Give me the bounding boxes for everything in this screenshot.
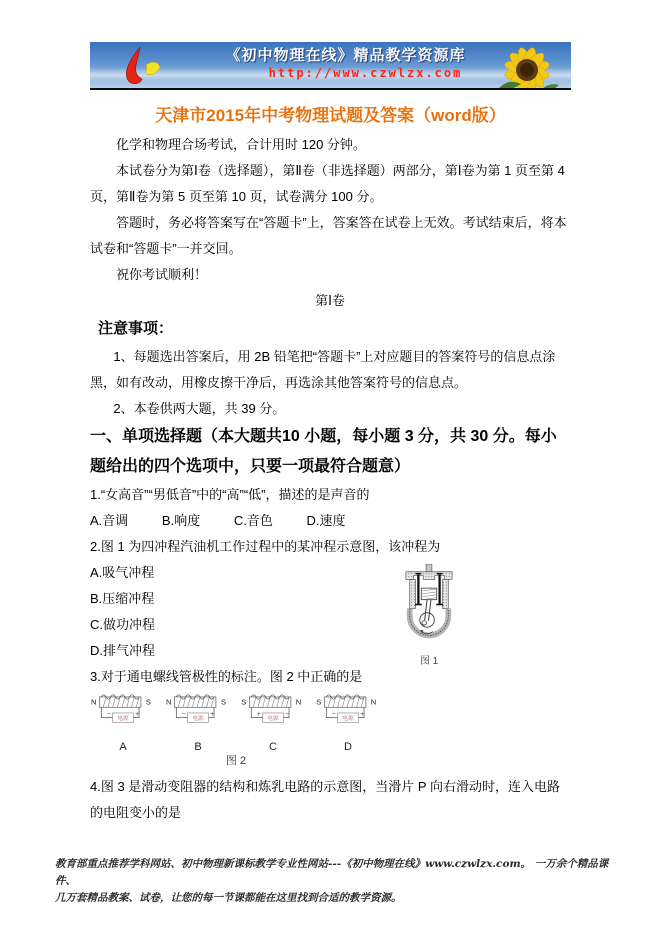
solenoid-option-d: S N 电源 − + D	[315, 692, 381, 754]
question-2-options-block: A.吸气冲程 B.压缩冲程 C.做功冲程 D.排气冲程	[90, 560, 570, 664]
question-3-stem: 3.对于通电螺线管极性的标注。图 2 中正确的是	[90, 664, 570, 690]
svg-text:N: N	[166, 697, 171, 706]
question-2-stem: 2.图 1 为四冲程汽油机工作过程中的某冲程示意图，该冲程为	[90, 534, 570, 560]
q1-option-d: D.速度	[306, 513, 345, 528]
solenoid-d-image: S N 电源 − +	[315, 692, 381, 732]
q2-option-d: D.排气冲程	[90, 638, 570, 664]
banner-site-title: 《初中物理在线》精品教学资源库	[210, 44, 481, 65]
figure-2-caption: 图 2	[90, 754, 382, 768]
q1-option-b: B.响度	[162, 513, 200, 528]
page-title: 天津市2015年中考物理试题及答案（word版）	[0, 101, 661, 126]
question-1-options: A.音调 B.响度 C.音色 D.速度	[90, 508, 570, 534]
engine-figure-image	[402, 564, 456, 646]
svg-text:电源: 电源	[117, 714, 129, 722]
solenoid-a-image: N S 电源 − +	[90, 692, 156, 732]
svg-text:+: +	[135, 711, 139, 718]
svg-text:S: S	[316, 697, 321, 706]
intro-paragraph-2: 本试卷分为第Ⅰ卷（选择题），第Ⅱ卷（非选择题）两部分，第Ⅰ卷为第 1 页至第 4…	[90, 158, 570, 210]
svg-text:−: −	[285, 711, 289, 718]
figure-1-engine-diagram: 图 1	[400, 564, 458, 668]
svg-text:−: −	[107, 711, 111, 718]
svg-text:−: −	[332, 711, 336, 718]
svg-text:电源: 电源	[342, 714, 354, 722]
solenoid-a-label: A	[90, 741, 156, 754]
svg-text:S: S	[221, 697, 226, 706]
document-body: 化学和物理合场考试，合计用时 120 分钟。 本试卷分为第Ⅰ卷（选择题），第Ⅱ卷…	[0, 126, 661, 826]
solenoid-c-image: S N 电源 + −	[240, 692, 306, 732]
notice-heading: 注意事项：	[90, 314, 570, 344]
solenoid-b-image: N S 电源 − +	[165, 692, 231, 732]
figure-1-caption: 图 1	[400, 656, 458, 668]
svg-text:+: +	[210, 711, 214, 718]
solenoid-b-label: B	[165, 741, 231, 754]
site-banner: 《初中物理在线》精品教学资源库 http://www.czwlzx.com	[90, 42, 571, 90]
svg-text:N: N	[91, 697, 96, 706]
svg-text:+: +	[360, 711, 364, 718]
solenoid-c-label: C	[240, 741, 306, 754]
footer-line-1: 教育部重点推荐学科网站、初中物理新课标教学专业性网站---《初中物理在线》www…	[55, 856, 611, 890]
section-heading: 第Ⅰ卷	[90, 288, 570, 314]
svg-text:+: +	[257, 711, 261, 718]
svg-text:S: S	[146, 697, 151, 706]
intro-paragraph-4: 祝你考试顺利！	[90, 262, 570, 288]
notice-item-1: 1、每题选出答案后，用 2B 铅笔把“答题卡”上对应题目的答案符号的信息点涂黑，…	[90, 344, 570, 396]
q2-option-b: B.压缩冲程	[90, 586, 570, 612]
solenoid-option-b: N S 电源 − + B	[165, 692, 231, 754]
q1-option-c: C.音色	[234, 513, 273, 528]
figure-2-solenoid-diagrams: N S 电源 − + A N	[90, 692, 382, 768]
footer-line-2: 几万套精品教案、试卷，让您的每一节课都能在这里找到合适的教学资源。	[55, 890, 611, 907]
svg-text:电源: 电源	[267, 714, 279, 722]
notice-item-2: 2、本卷供两大题，共 39 分。	[90, 396, 570, 422]
question-1-stem: 1.“女高音”“男低音”中的“高”“低”，描述的是声音的	[90, 482, 570, 508]
question-4-stem: 4.图 3 是滑动变阻器的结构和炼乳电路的示意图，当滑片 P 向右滑动时，连入电…	[90, 774, 570, 826]
svg-text:N: N	[371, 697, 376, 706]
svg-text:S: S	[241, 697, 246, 706]
sunflower-image	[481, 42, 569, 90]
page-footer: 教育部重点推荐学科网站、初中物理新课标教学专业性网站---《初中物理在线》www…	[55, 856, 611, 907]
q2-option-a: A.吸气冲程	[90, 560, 570, 586]
intro-paragraph-1: 化学和物理合场考试，合计用时 120 分钟。	[90, 132, 570, 158]
site-logo-icon	[118, 45, 168, 89]
svg-text:−: −	[182, 711, 186, 718]
banner-site-url: http://www.czwlzx.com	[210, 66, 481, 80]
svg-text:N: N	[296, 697, 301, 706]
document-page: 《初中物理在线》精品教学资源库 http://www.czwlzx.com	[0, 0, 661, 936]
solenoid-option-a: N S 电源 − + A	[90, 692, 156, 754]
solenoid-d-label: D	[315, 741, 381, 754]
q2-option-c: C.做功冲程	[90, 612, 570, 638]
intro-paragraph-3: 答题时，务必将答案写在“答题卡”上，答案答在试卷上无效。考试结束后，将本试卷和“…	[90, 210, 570, 262]
solenoid-option-c: S N 电源 + − C	[240, 692, 306, 754]
part-one-heading: 一、单项选择题（本大题共10 小题，每小题 3 分，共 30 分。每小题给出的四…	[90, 422, 570, 482]
svg-text:电源: 电源	[192, 714, 204, 722]
q1-option-a: A.音调	[90, 513, 128, 528]
solenoid-row: N S 电源 − + A N	[90, 692, 382, 754]
